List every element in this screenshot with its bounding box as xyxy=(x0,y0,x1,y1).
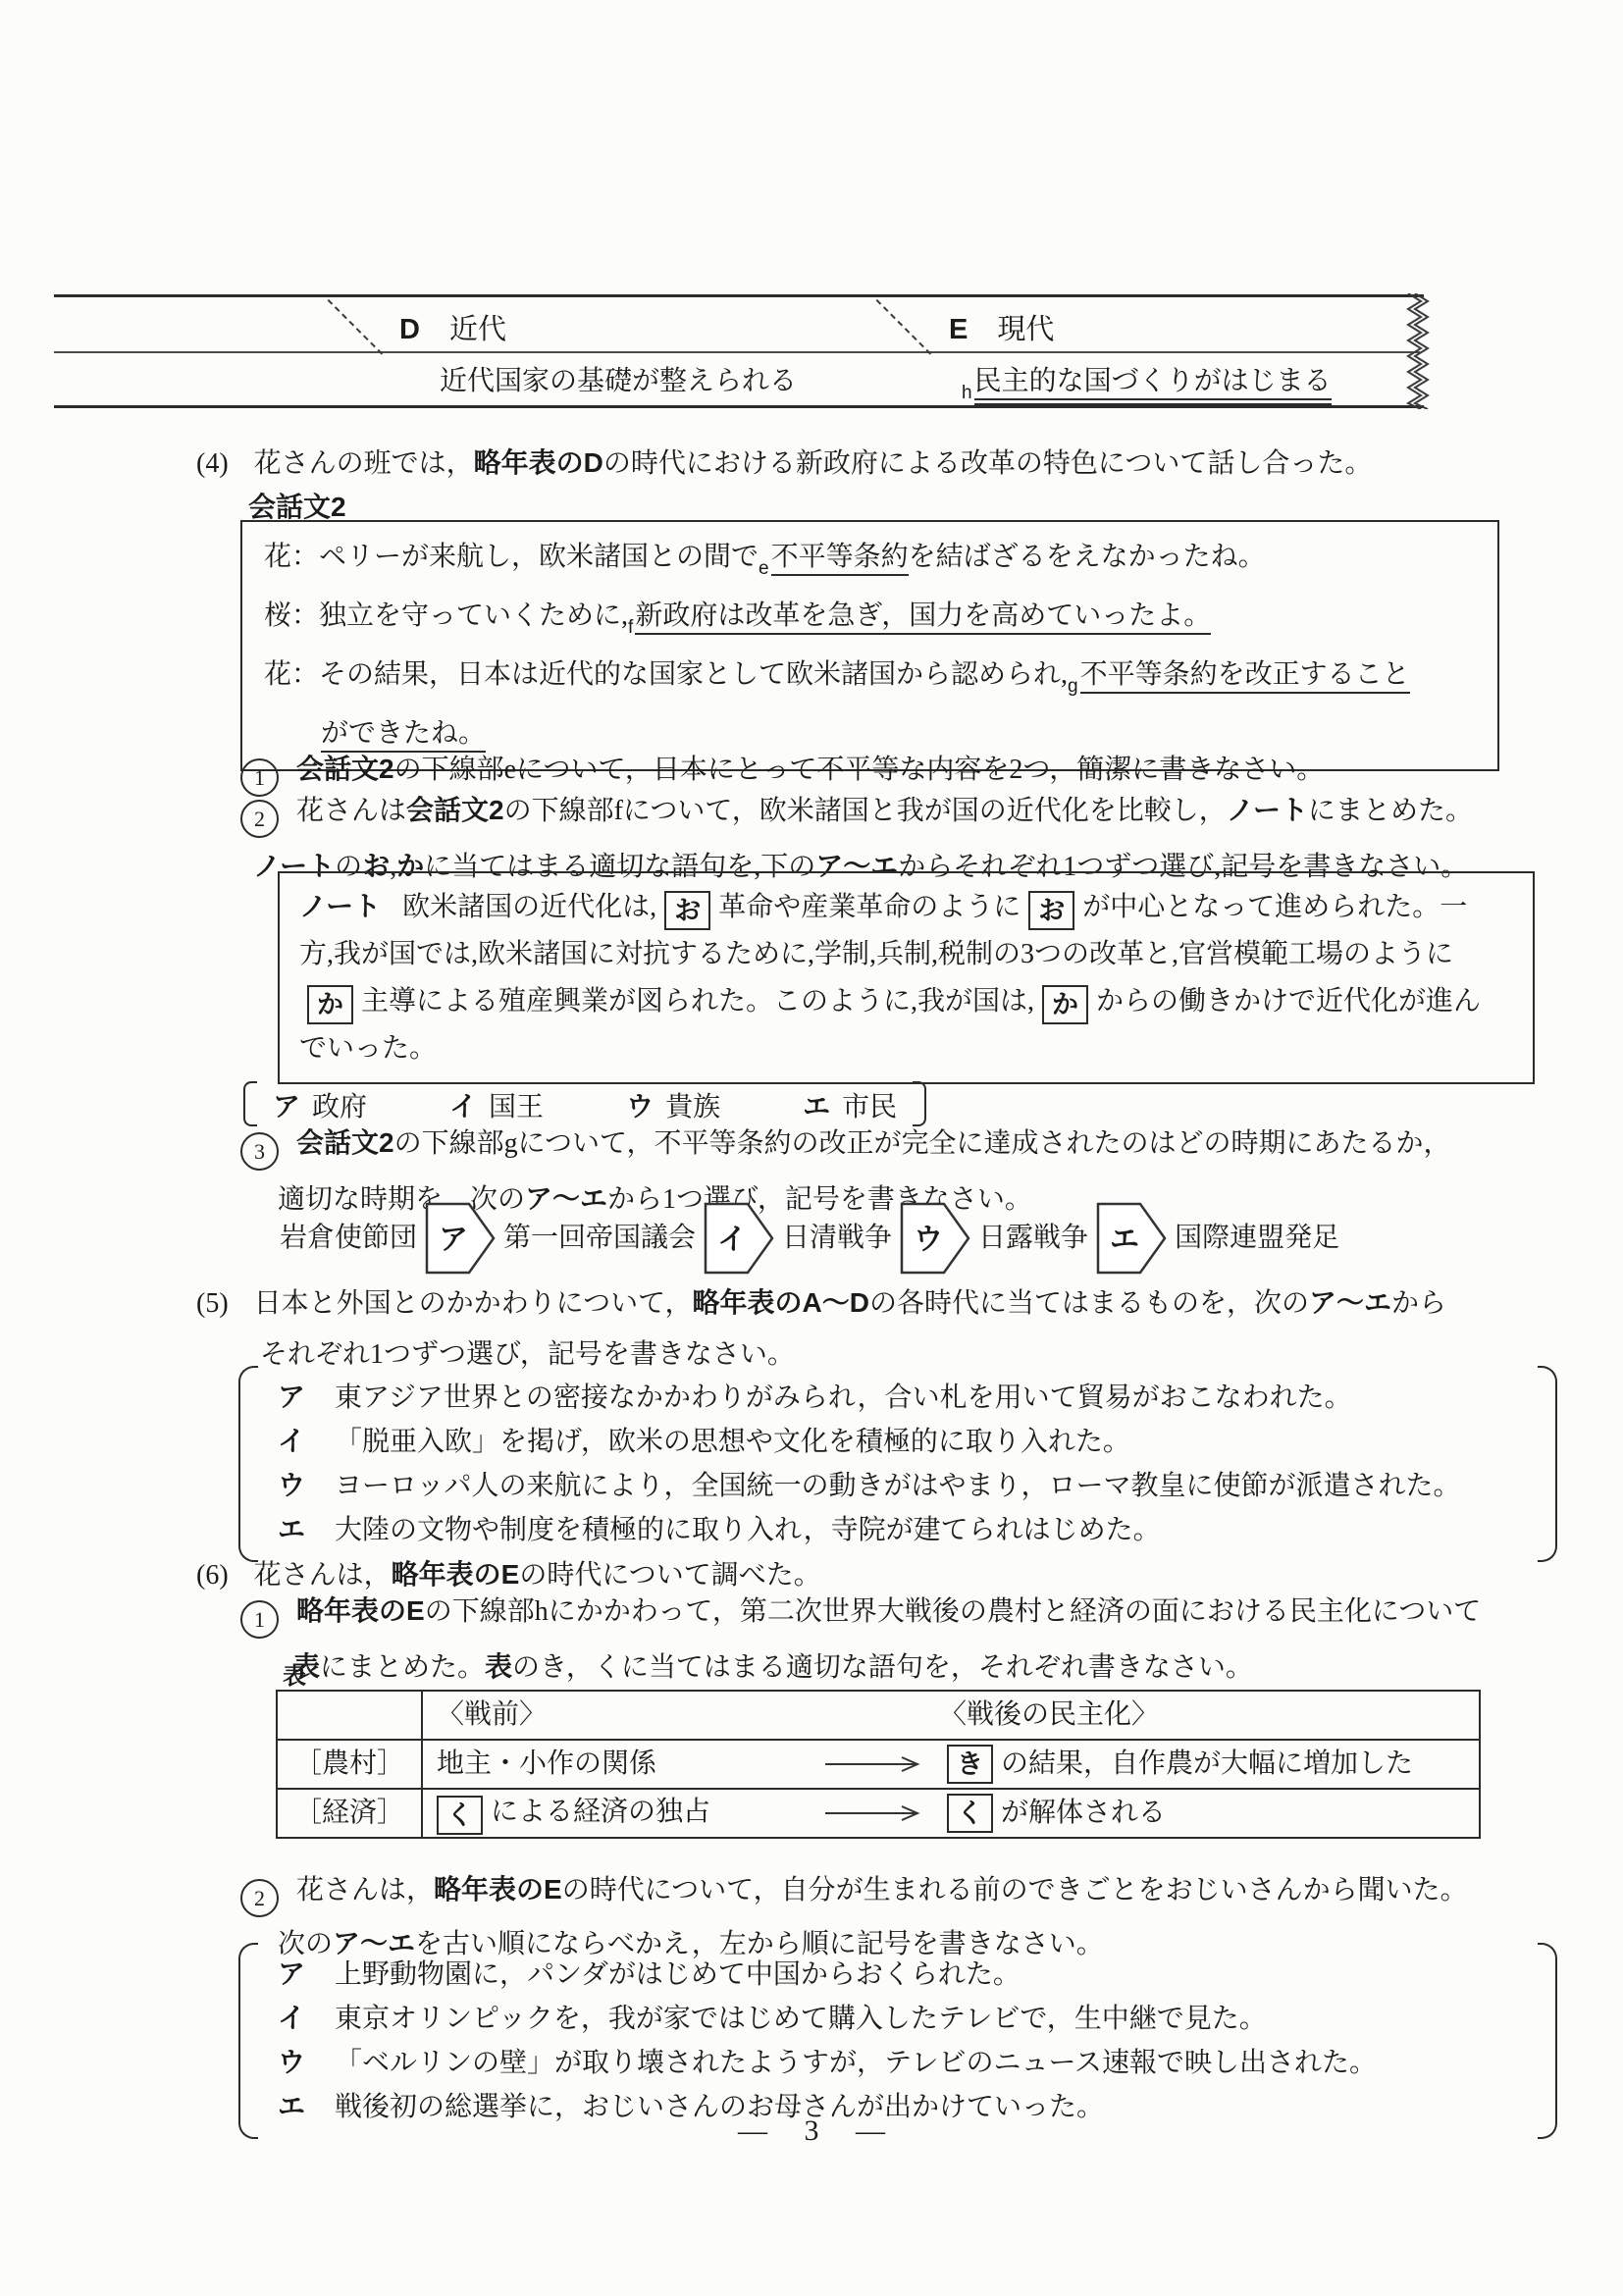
underline-f-marker: f xyxy=(628,617,633,638)
circled-number-3: 3 xyxy=(240,1132,279,1171)
era-d-name: 近代 xyxy=(449,314,506,345)
table-row-farm: ［農村］ 地主・小作の関係 き の結果，自作農が大幅に増加した xyxy=(278,1739,1479,1788)
close-bracket xyxy=(913,1081,926,1126)
underline-h-marker: h xyxy=(962,383,972,403)
long-arrow xyxy=(821,1755,939,1773)
summary-table: 〈戦前〉 〈戦後の民主化〉 ［農村］ 地主・小作の関係 き の結果，自作農が大幅… xyxy=(276,1690,1481,1839)
blank-box-ki: き xyxy=(947,1745,993,1784)
option-row: ウヨーロッパ人の来航により，全国統一の動きがはやまり，ローマ教皇に使節が派遣され… xyxy=(278,1464,1528,1508)
question-6-intro: (6)花さんは，略年表のEの時代について調べた。 xyxy=(196,1555,821,1596)
blank-box-ku: く xyxy=(437,1796,483,1835)
note-label: ノート xyxy=(299,891,381,921)
strip-divider xyxy=(54,351,1420,353)
dialogue-line-hana-1: 花：ペリーが来航し，欧米諸国との間でe不平等条約を結ばざるをえなかったね。 xyxy=(264,534,1476,593)
era-boundary-dash-e xyxy=(876,299,932,355)
page-number: — 3 — xyxy=(0,2110,1623,2153)
svg-text:エ: エ xyxy=(1110,1224,1139,1256)
blank-box-o: お xyxy=(664,891,710,930)
svg-text:イ: イ xyxy=(717,1224,747,1256)
open-bracket xyxy=(243,1081,257,1126)
underline-e-marker: e xyxy=(759,558,769,579)
era-d-letter: D xyxy=(399,314,420,345)
era-e-name: 現代 xyxy=(997,314,1054,345)
question-4-item-2: 2花さんは会話文2の下線部fについて，欧米諸国と我が国の近代化を比較し，ノートに… xyxy=(240,791,1473,882)
big-open-bracket xyxy=(238,1366,258,1562)
svg-text:ア: ア xyxy=(439,1224,468,1256)
torn-edge-zigzag xyxy=(1404,293,1430,409)
question-4-marker: (4) xyxy=(196,444,229,485)
timeline-event: 第一回帝国議会 xyxy=(503,1219,696,1259)
exam-page: D近代 E現代 近代国家の基礎が整えられる h民主的な国づくりがはじまる (4)… xyxy=(0,0,1623,2296)
circled-number-2: 2 xyxy=(240,800,279,838)
blank-box-ka: か xyxy=(1042,985,1088,1024)
option-row: ウ「ベルリンの壁」が取り壊されたようすが，テレビのニュース速報で映し出された。 xyxy=(278,2041,1528,2085)
option-row: イ東京オリンピックを，我が家ではじめて購入したテレビで，生中継で見た。 xyxy=(278,1997,1528,2041)
dialogue-line-sakura: 桜：独立を守っていくために,f新政府は改革を急ぎ，国力を高めていったよ。 xyxy=(264,593,1476,652)
question-4-intro: (4)花さんの班では，略年表のDの時代における新政府による改革の特色について話し… xyxy=(196,444,1372,485)
circled-number-2: 2 xyxy=(240,1879,279,1917)
timeline-event: 日露戦争 xyxy=(978,1219,1088,1259)
timeline-event: 国際連盟発足 xyxy=(1175,1219,1339,1259)
note-box: ノート欧米諸国の近代化は,お革命や産業革命のようにおが中心となって進められた。一… xyxy=(278,871,1535,1084)
underline-g-marker: g xyxy=(1068,676,1078,697)
timeline-arrow-u: ウ xyxy=(900,1199,970,1278)
table-row-economy: ［経済］ くによる経済の独占 く が解体される xyxy=(278,1788,1479,1837)
timeline-arrow-e: エ xyxy=(1096,1199,1167,1278)
header-postwar: 〈戦後の民主化〉 xyxy=(939,1696,1159,1736)
era-d-caption: 近代国家の基礎が整えられる xyxy=(440,362,797,402)
era-e-caption: h民主的な国づくりがはじまる xyxy=(962,362,1332,407)
blank-box-o: お xyxy=(1028,891,1074,930)
blank-box-ka: か xyxy=(307,985,353,1024)
timeline-arrow-i: イ xyxy=(704,1199,774,1278)
option-row: エ大陸の文物や制度を積極的に取り入れ，寺院が建てられはじめた。 xyxy=(278,1508,1528,1552)
header-prewar: 〈戦前〉 xyxy=(437,1696,939,1736)
option-row: ア東アジア世界との密接なかかわりがみられ，合い札を用いて貿易がおこなわれた。 xyxy=(278,1376,1528,1420)
option-row: ア上野動物園に，パンダがはじめて中国からおくられた。 xyxy=(278,1953,1528,1997)
era-boundary-dash-d xyxy=(328,299,384,355)
circled-number-1: 1 xyxy=(240,1600,279,1639)
era-e-letter: E xyxy=(949,314,968,345)
option-row: イ「脱亜入欧」を掲げ，欧米の思想や文化を積極的に取り入れた。 xyxy=(278,1420,1528,1464)
question-5: (5)日本と外国とのかかわりについて，略年表のA～Dの各時代に当てはまるものを，… xyxy=(196,1283,1446,1370)
svg-text:ウ: ウ xyxy=(914,1224,943,1256)
table-header-row: 〈戦前〉 〈戦後の民主化〉 xyxy=(278,1692,1479,1739)
era-strip: D近代 E現代 近代国家の基礎が整えられる h民主的な国づくりがはじまる xyxy=(54,294,1424,408)
blank-box-ku: く xyxy=(947,1794,993,1833)
dialogue-line-hana-2: 花：その結果，日本は近代的な国家として欧米諸国から認められ,g不平等条約を改正す… xyxy=(264,652,1476,710)
big-close-bracket xyxy=(1538,1366,1557,1562)
question-5-options: ア東アジア世界との密接なかかわりがみられ，合い札を用いて貿易がおこなわれた。 イ… xyxy=(238,1366,1557,1562)
long-arrow xyxy=(821,1804,939,1822)
timeline-event: 岩倉使節団 xyxy=(280,1219,417,1259)
timeline-event: 日清戦争 xyxy=(782,1219,892,1259)
question-6-marker: (6) xyxy=(196,1556,229,1596)
timeline: 岩倉使節団 ア 第一回帝国議会 イ 日清戦争 ウ 日露戦争 エ 国際連盟発足 xyxy=(280,1199,1339,1278)
timeline-arrow-a: ア xyxy=(425,1199,496,1278)
dialogue-box: 花：ペリーが来航し，欧米諸国との間でe不平等条約を結ばざるをえなかったね。 桜：… xyxy=(240,520,1499,771)
era-e-header: E現代 xyxy=(949,309,1054,350)
question-5-marker: (5) xyxy=(196,1284,229,1325)
question-6-item-1: 1略年表のEの下線部hにかかわって，第二次世界大戦後の農村と経済の面における民主… xyxy=(240,1592,1481,1683)
era-d-header: D近代 xyxy=(399,309,506,350)
choice-row: ア政府イ国王ウ貴族エ市民 xyxy=(243,1081,926,1128)
